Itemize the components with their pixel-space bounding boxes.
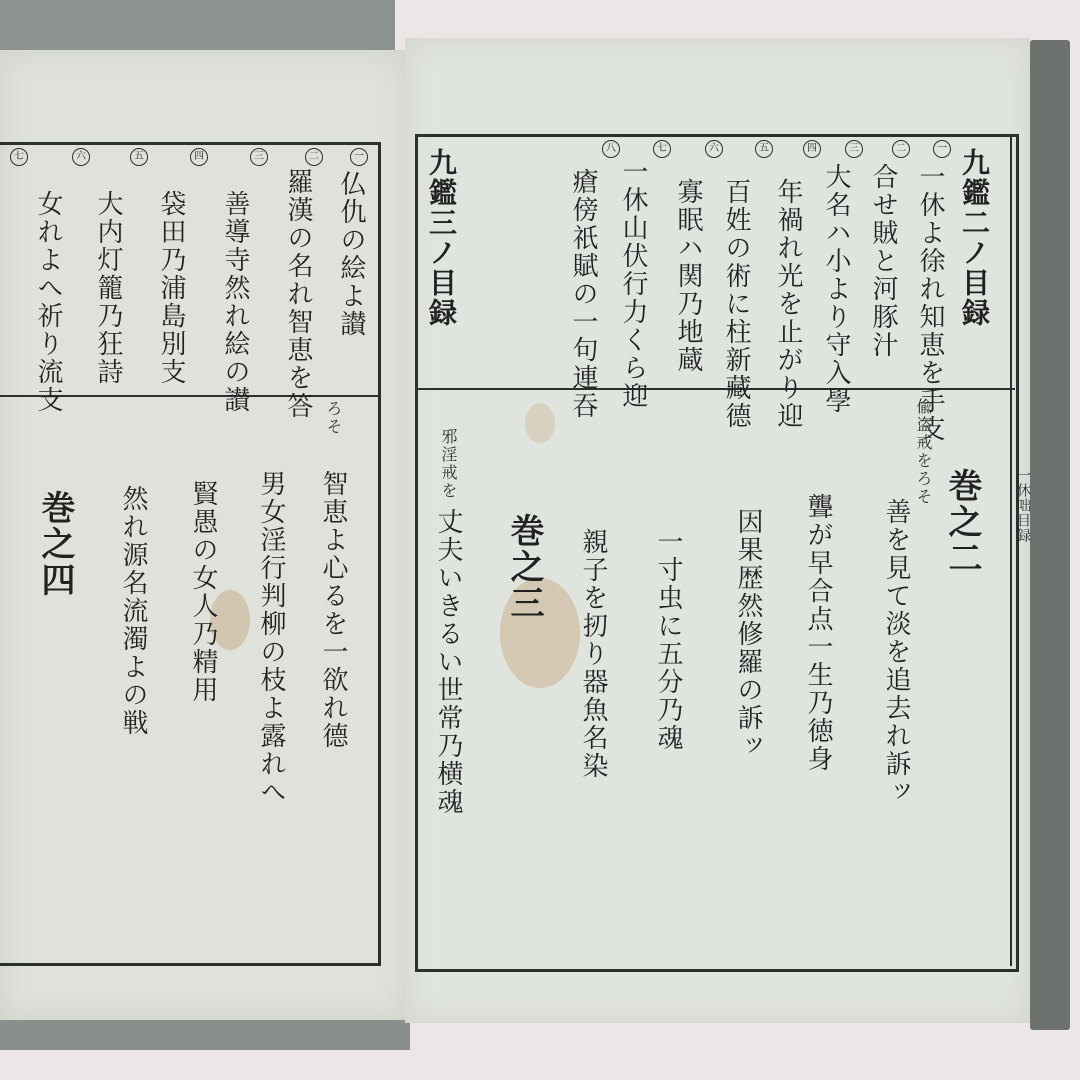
toc-header-title: 九鑑二ノ目録: [960, 148, 988, 328]
right-page: 九鑑二ノ目録 一 一休よ徐れ知恵を手支 二 合せ賊と河豚汁 三 大名ハ小より守入…: [405, 38, 1030, 1023]
lower-note: ろそ: [325, 400, 341, 436]
book-cover-bottom: [0, 1020, 410, 1050]
toc-entry: 善を見て淡を追去れ訴ッ: [883, 498, 909, 806]
entry-number: 一: [933, 140, 951, 158]
volume-label: 巻之四: [38, 490, 72, 598]
entry-number: 一: [350, 148, 368, 166]
toc-entry: 然れ源名流濁よの戦: [120, 485, 146, 737]
entry-number: 五: [755, 140, 773, 158]
toc-entry: 聾が早合点一生乃徳身: [805, 493, 831, 773]
entry-number: 三: [250, 148, 268, 166]
toc-entry: 大名ハ小より守入學: [823, 163, 849, 415]
toc-entry: 百姓の術に柱新藏德: [723, 178, 749, 430]
entry-number: 二: [892, 140, 910, 158]
entry-number: 八: [602, 140, 620, 158]
toc-entry: 女れよへ祈り流支: [35, 190, 61, 414]
entry-number: 四: [190, 148, 208, 166]
lower-note: 偸盗戒をろそ: [915, 398, 931, 506]
book-cover-right: [1030, 40, 1070, 1030]
volume-label: 巻之二: [945, 468, 979, 576]
entry-number: 三: [845, 140, 863, 158]
toc-entry: 仏仇の絵よ讃: [338, 170, 364, 338]
toc-entry: 一寸虫に五分乃魂: [655, 528, 681, 752]
toc-footer-title: 九鑑三ノ目録: [427, 148, 455, 328]
left-page: 一 仏仇の絵よ讃 二 羅漢の名れ智恵を答 三 善導寺然れ絵の讃 四 袋田乃浦島別…: [0, 50, 405, 1020]
entry-number: 四: [803, 140, 821, 158]
entry-number: 五: [130, 148, 148, 166]
toc-entry: 親子を扨り器魚名染: [580, 528, 606, 780]
spine-label: 一休咄目録: [1013, 468, 1033, 543]
entry-number: 六: [72, 148, 90, 166]
volume-label: 巻之三: [507, 513, 541, 621]
entry-number: 二: [305, 148, 323, 166]
paper-stain: [525, 403, 555, 443]
book-cover-top: [0, 0, 395, 52]
toc-entry: 因果歴然修羅の訴ッ: [735, 508, 761, 760]
toc-entry: 善導寺然れ絵の讃: [222, 190, 248, 414]
toc-entry: 合せ賊と河豚汁: [870, 163, 896, 359]
toc-entry: 年禍れ光を止がり迎: [775, 178, 801, 430]
toc-entry: 瘡傍祇賦の一句連吞: [570, 168, 596, 420]
toc-entry: 智恵よ心るを一欲れ德: [320, 470, 346, 750]
entry-number: 七: [10, 148, 28, 166]
toc-entry: 寡眠ハ関乃地蔵: [675, 178, 701, 374]
entry-number: 七: [653, 140, 671, 158]
toc-entry: 一休山伏行力くら迎: [620, 158, 646, 410]
toc-entry: 男女淫行判柳の枝よ露れへ: [258, 470, 284, 806]
entry-number: 六: [705, 140, 723, 158]
toc-entry: 袋田乃浦島別支: [158, 190, 184, 386]
page-margin-rule: [1010, 134, 1012, 966]
toc-entry: 丈夫いきるい世常乃横魂: [435, 508, 461, 816]
toc-entry: 羅漢の名れ智恵を答: [285, 168, 311, 420]
toc-entry: 賢愚の女人乃精用: [190, 480, 216, 704]
lower-note: 邪淫戒を: [440, 428, 456, 500]
toc-entry: 大内灯籠乃狂詩: [95, 190, 121, 386]
